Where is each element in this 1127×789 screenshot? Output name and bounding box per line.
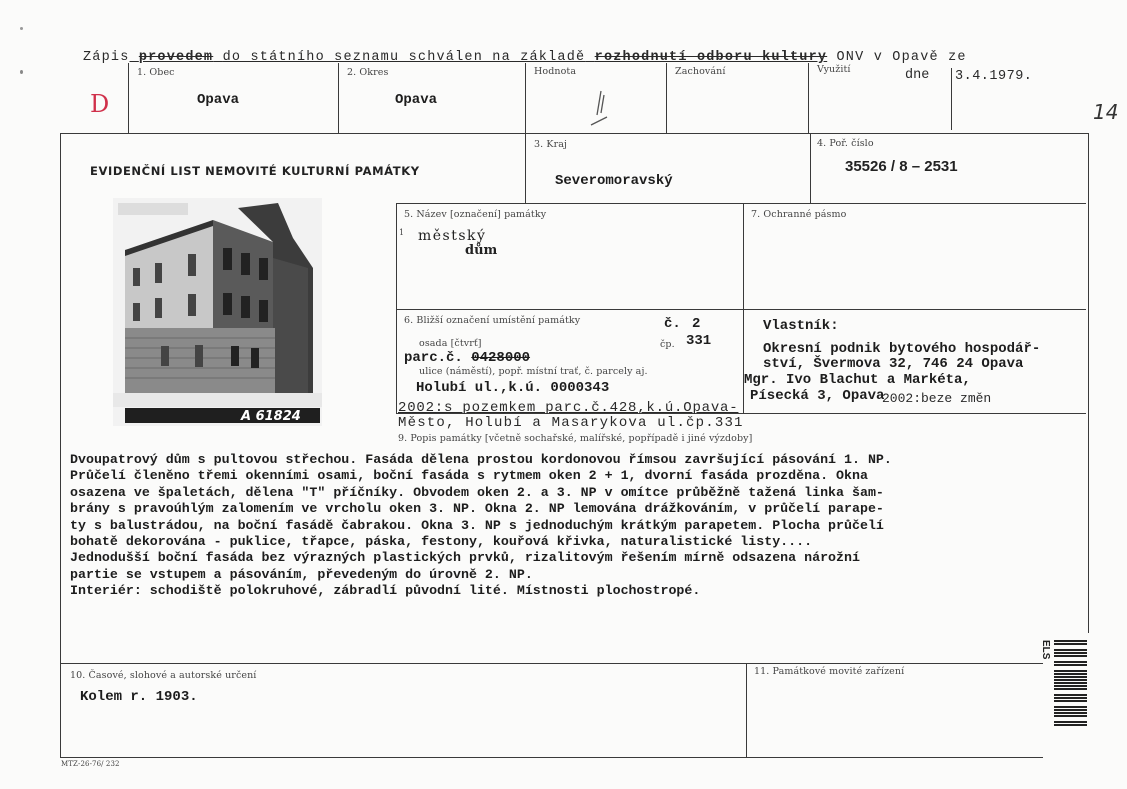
vyuziti-label: Využití [817, 64, 851, 75]
frame-bottom [60, 757, 1043, 758]
barcode-bar [1054, 715, 1087, 717]
okres-value: Opava [395, 92, 437, 108]
barcode-bar [1054, 655, 1087, 657]
barcode-bar [1054, 685, 1087, 687]
barcode-label: ELS [1040, 640, 1051, 659]
grid-line [128, 63, 129, 133]
barcode-bar [1054, 694, 1087, 696]
grid-line [951, 68, 952, 130]
approval-date-value: 3.4.1979. [955, 69, 1032, 84]
barcode-bar [1054, 667, 1087, 669]
osada-label: osada [čtvrť] [419, 338, 482, 349]
barcode-bar [1054, 682, 1087, 684]
nazev-line1: městský [418, 228, 486, 244]
barcode-bar [1054, 649, 1087, 651]
barcode-bar [1054, 679, 1087, 681]
ochranne-pasmo-label: 7. Ochranné pásmo [751, 209, 846, 220]
vlastnik-line2: ství, Švermova 32, 746 24 Opava [763, 356, 1023, 372]
barcode-bar [1054, 721, 1087, 723]
obec-value: Opava [197, 92, 239, 108]
page-number: 14 [1093, 100, 1118, 124]
monument-photo: A 61824 [113, 198, 322, 426]
frame-top [60, 133, 1088, 134]
frame-left [60, 133, 61, 758]
grid-line [338, 63, 339, 133]
barcode-bar [1054, 661, 1087, 663]
grid-line [810, 133, 811, 203]
barcode-bar [1054, 688, 1087, 690]
parc-cislo: parc.č. 0428000 [404, 350, 530, 366]
red-margin-mark: D [90, 90, 109, 118]
barcode-bar [1054, 724, 1087, 726]
ulice-value: Holubí ul.,k.ú. 0000343 [416, 380, 609, 396]
urceni-label: 10. Časové, slohové a autorské určení [70, 670, 256, 681]
barcode-bar [1054, 676, 1087, 678]
cp-label: čp. [660, 339, 675, 350]
barcode-bar [1054, 706, 1087, 708]
barcode-bar [1054, 691, 1087, 693]
por-cislo-label: 4. Poř. číslo [817, 138, 874, 149]
grid-line [60, 663, 1043, 664]
grid-line [396, 203, 1086, 204]
kraj-label: 3. Kraj [534, 139, 567, 150]
barcode-bar [1054, 652, 1087, 654]
c-value: 2 [692, 316, 700, 332]
form-title: EVIDENČNÍ LIST NEMOVITÉ KULTURNÍ PAMÁTKY [90, 164, 420, 178]
barcode-bar [1054, 709, 1087, 711]
barcode-bar [1054, 697, 1087, 699]
barcode-bar [1054, 658, 1087, 660]
barcode-bar [1054, 673, 1087, 675]
por-cislo-value: 35526 / 8 – 2531 [845, 158, 958, 175]
umisteni-update-line1: 2002:s pozemkem parc.č.428,k.ú.Opava- [398, 400, 738, 416]
barcode-bar [1054, 700, 1087, 702]
nazev-line2: dům [465, 243, 497, 258]
barcode-bar [1054, 664, 1087, 666]
grid-line [525, 133, 526, 203]
vlastnik-label: Vlastník: [763, 318, 839, 334]
scan-speck [20, 27, 23, 30]
movite-zarizeni-label: 11. Památkové movité zařízení [754, 666, 904, 677]
barcode-bar [1054, 643, 1087, 645]
kraj-value: Severomoravský [555, 173, 673, 189]
vlastnik-line4: Písecká 3, Opava [750, 388, 884, 404]
zachovani-label: Zachování [675, 66, 726, 77]
grid-line [666, 63, 667, 133]
urceni-value: Kolem r. 1903. [80, 689, 198, 705]
grid-line [396, 309, 1086, 310]
photo-caption: A 61824 [240, 409, 301, 424]
grid-line [746, 663, 747, 758]
barcode-bar [1054, 670, 1087, 672]
scan-speck [20, 70, 23, 74]
approval-date-label: dne [905, 68, 929, 83]
nazev-label: 5. Název [označení] památky [404, 209, 546, 220]
vlastnik-line3: Mgr. Ivo Blachut a Markéta, [744, 372, 971, 388]
popis-text: Dvoupatrový dům s pultovou střechou. Fas… [70, 452, 1090, 600]
umisteni-label: 6. Bližší označení umístění památky [404, 315, 580, 326]
vlastnik-update: 2002:beze změn [882, 391, 991, 406]
c-label: č. [664, 316, 681, 332]
obec-label: 1. Obec [137, 67, 175, 78]
hodnota-label: Hodnota [534, 66, 576, 77]
barcode-bar [1054, 712, 1087, 714]
grid-line [808, 63, 809, 133]
barcode-icon [1054, 640, 1087, 740]
barcode-bar [1054, 640, 1087, 642]
barcode-bar [1054, 703, 1087, 705]
vlastnik-line1: Okresní podnik bytového hospodář- [763, 341, 1040, 357]
grid-line [396, 203, 397, 413]
handwritten-check-mark [585, 85, 615, 130]
building-photo-illustration: A 61824 [113, 198, 322, 426]
okres-label: 2. Okres [347, 67, 388, 78]
umisteni-update-line2: Město, Holubí a Masarykova ul.čp.331 [398, 415, 744, 431]
ulice-label: ulice (náměstí), popř. místní trať, č. p… [419, 366, 648, 377]
nazev-index: 1 [399, 228, 404, 237]
grid-line [525, 63, 526, 133]
barcode-bar [1054, 646, 1087, 648]
form-code: MTZ-26-76/ 232 [61, 760, 120, 768]
popis-label: 9. Popis památky [včetně sochařské, malí… [398, 433, 752, 444]
barcode-bar [1054, 718, 1087, 720]
cp-value: 331 [686, 333, 711, 349]
